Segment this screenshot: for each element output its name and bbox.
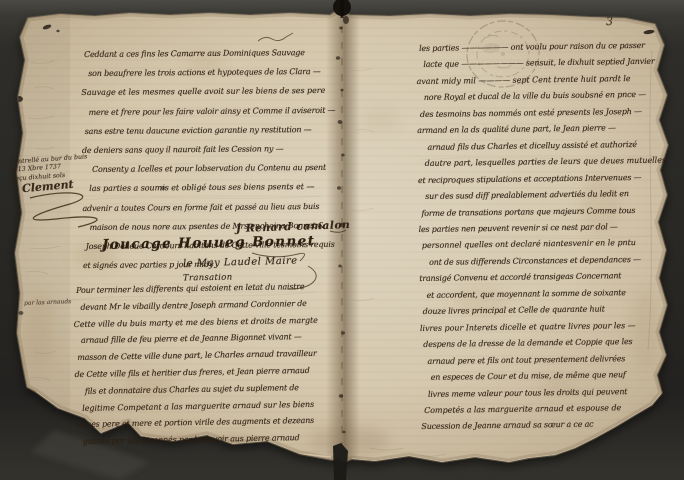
manuscript-line: Ceddant a ces fins les Camarre aus Domin… <box>84 43 335 64</box>
manuscript-line: son beaufrere les trois actions et hypot… <box>88 62 335 83</box>
manuscript-line: mere et frere pour les faire valoir ains… <box>89 100 336 121</box>
right-page-body: les parties —————— ont voulu pour raison… <box>419 38 670 436</box>
gutter-bottom-notch <box>333 443 348 480</box>
left-page-body-block-2: Pour terminer les differents qui estoien… <box>76 279 320 451</box>
manuscript-line: las parties a soumis et obligé tous ses … <box>89 177 336 198</box>
manuscript-line: de deniers sans quoy il nauroit fait les… <box>82 139 336 160</box>
manuscript-line: Consenty a Icelles et pour lobservation … <box>92 158 336 179</box>
manuscript-line: Sauvage et les mesmes quelle avoit sur l… <box>81 81 335 102</box>
page-number: 3 <box>606 15 613 28</box>
scanned-manuscript-photo: Contrellé au bur du buisle 13 Xbre 1737R… <box>0 0 684 480</box>
manuscript-line: Sucession de Jeanne arnaud sa sœur a ce … <box>421 416 669 436</box>
manuscript-line: forme de transations portans que majeurs… <box>421 202 666 222</box>
manuscript-line: despens de la dresse de la demande et Co… <box>423 334 668 354</box>
manuscript-line: advenir a toutes Cours en forme fait et … <box>82 196 336 217</box>
manuscript-line: sans estre tenu daucune eviction garanti… <box>85 120 336 141</box>
